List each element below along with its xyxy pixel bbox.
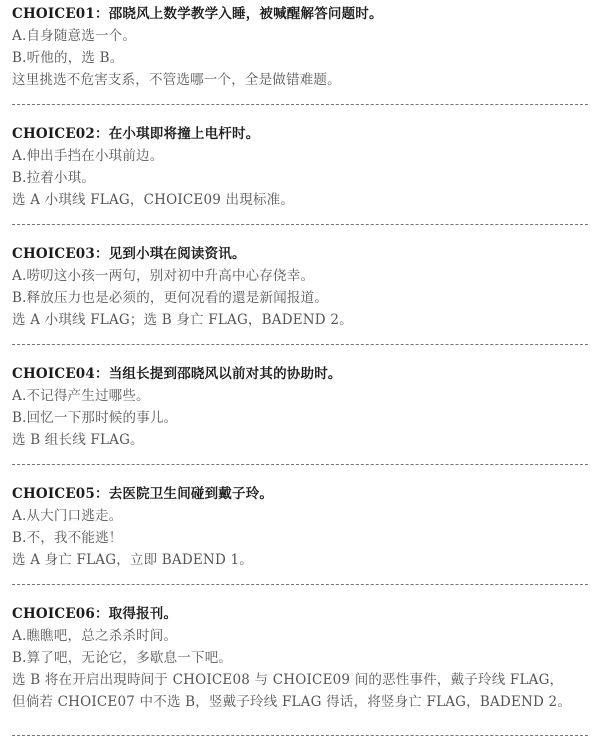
option-b: B.算了吧，无论它，多歇息一下吧。 <box>12 647 588 669</box>
option-b: B.拉着小琪。 <box>12 167 588 189</box>
choice-note: 选 A 小琪线 FLAG；选 B 身亡 FLAG，BADEND 2。 <box>12 309 588 331</box>
option-a: A.自身随意选一个。 <box>12 25 588 47</box>
choice-guide-document: CHOICE01：邵晓风上数学教学入睡，被喊醒解答问题时。 A.自身随意选一个。… <box>12 3 588 740</box>
choice-title: CHOICE05：去医院卫生间碰到戴子玲。 <box>12 483 588 505</box>
choice-title: CHOICE03：见到小琪在阅读资讯。 <box>12 243 588 265</box>
choice-block-06: CHOICE06：取得报刊。 A.瞧瞧吧，总之杀杀时间。 B.算了吧，无论它，多… <box>12 603 588 740</box>
choice-block-04: CHOICE04：当组长提到邵晓风以前对其的协助时。 A.不记得产生过哪些。 B… <box>12 363 588 483</box>
choice-title: CHOICE02：在小琪即将撞上电杆时。 <box>12 123 588 145</box>
option-b: B.不，我不能逃！ <box>12 527 588 549</box>
dashed-divider <box>12 464 588 465</box>
dashed-divider <box>12 735 588 736</box>
choice-block-05: CHOICE05：去医院卫生间碰到戴子玲。 A.从大门口逃走。 B.不，我不能逃… <box>12 483 588 603</box>
dashed-divider <box>12 584 588 585</box>
choice-title: CHOICE04：当组长提到邵晓风以前对其的协助时。 <box>12 363 588 385</box>
choice-block-03: CHOICE03：见到小琪在阅读资讯。 A.唠叨这小孩一两句，别对初中升高中心存… <box>12 243 588 363</box>
choice-title: CHOICE06：取得报刊。 <box>12 603 588 625</box>
choice-note: 选 B 将在开启出現時间于 CHOICE08 与 CHOICE09 间的恶性事件… <box>12 669 588 691</box>
option-b: B.听他的，选 B。 <box>12 47 588 69</box>
option-b: B.释放压力也是必须的，更何况看的還是新闻报道。 <box>12 287 588 309</box>
choice-note-continued: 但倘若 CHOICE07 中不选 B，竖戴子玲线 FLAG 得话，将竖身亡 FL… <box>12 691 588 713</box>
option-a: A.伸出手挡在小琪前边。 <box>12 145 588 167</box>
option-a: A.瞧瞧吧，总之杀杀时间。 <box>12 625 588 647</box>
dashed-divider <box>12 104 588 105</box>
option-a: A.不记得产生过哪些。 <box>12 385 588 407</box>
choice-block-02: CHOICE02：在小琪即将撞上电杆时。 A.伸出手挡在小琪前边。 B.拉着小琪… <box>12 123 588 243</box>
choice-note: 选 A 小琪线 FLAG，CHOICE09 出現标准。 <box>12 189 588 211</box>
dashed-divider <box>12 224 588 225</box>
option-a: A.从大门口逃走。 <box>12 505 588 527</box>
choice-title: CHOICE01：邵晓风上数学教学入睡，被喊醒解答问题时。 <box>12 3 588 25</box>
option-b: B.回忆一下那时候的事儿。 <box>12 407 588 429</box>
choice-note: 选 B 组长线 FLAG。 <box>12 429 588 451</box>
dashed-divider <box>12 344 588 345</box>
choice-note: 选 A 身亡 FLAG，立即 BADEND 1。 <box>12 549 588 571</box>
option-a: A.唠叨这小孩一两句，别对初中升高中心存侥幸。 <box>12 265 588 287</box>
choice-note: 这里挑选不危害支系，不管选哪一个，全是做错难题。 <box>12 69 588 91</box>
choice-block-01: CHOICE01：邵晓风上数学教学入睡，被喊醒解答问题时。 A.自身随意选一个。… <box>12 3 588 123</box>
